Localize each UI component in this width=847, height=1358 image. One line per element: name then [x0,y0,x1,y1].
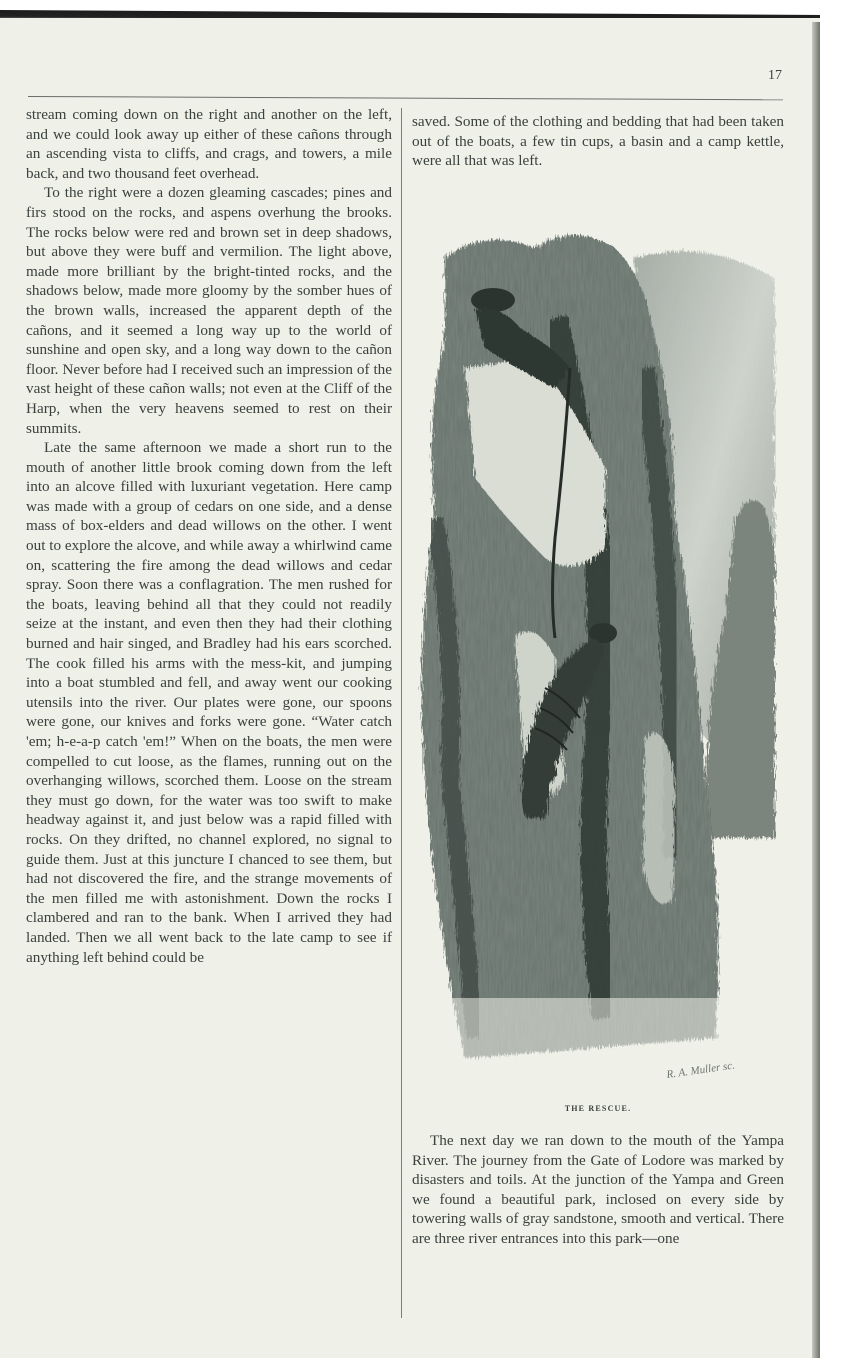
paragraph: To the right were a dozen gleaming casca… [26,183,392,438]
paragraph: stream coming down on the right and anot… [26,105,392,183]
paragraph: Late the same afternoon we made a short … [26,438,392,967]
right-column-top: saved. Some of the clothing and bedding … [412,112,784,171]
right-column-bottom: The next day we ran down to the mouth of… [412,1131,784,1249]
column-divider [401,108,402,1318]
left-column: stream coming down on the right and anot… [26,105,392,967]
illustration-caption: THE RESCUE. [412,1104,784,1113]
page-right-edge [812,22,820,1358]
paragraph: saved. Some of the clothing and bedding … [412,112,784,171]
page-number: 17 [768,68,782,84]
engraving-image: R. A. Muller sc. [405,218,777,1098]
paragraph: The next day we ran down to the mouth of… [412,1131,784,1249]
scan-background [820,0,847,1358]
rescue-engraving-illustration: R. A. Muller sc. [405,218,777,1098]
